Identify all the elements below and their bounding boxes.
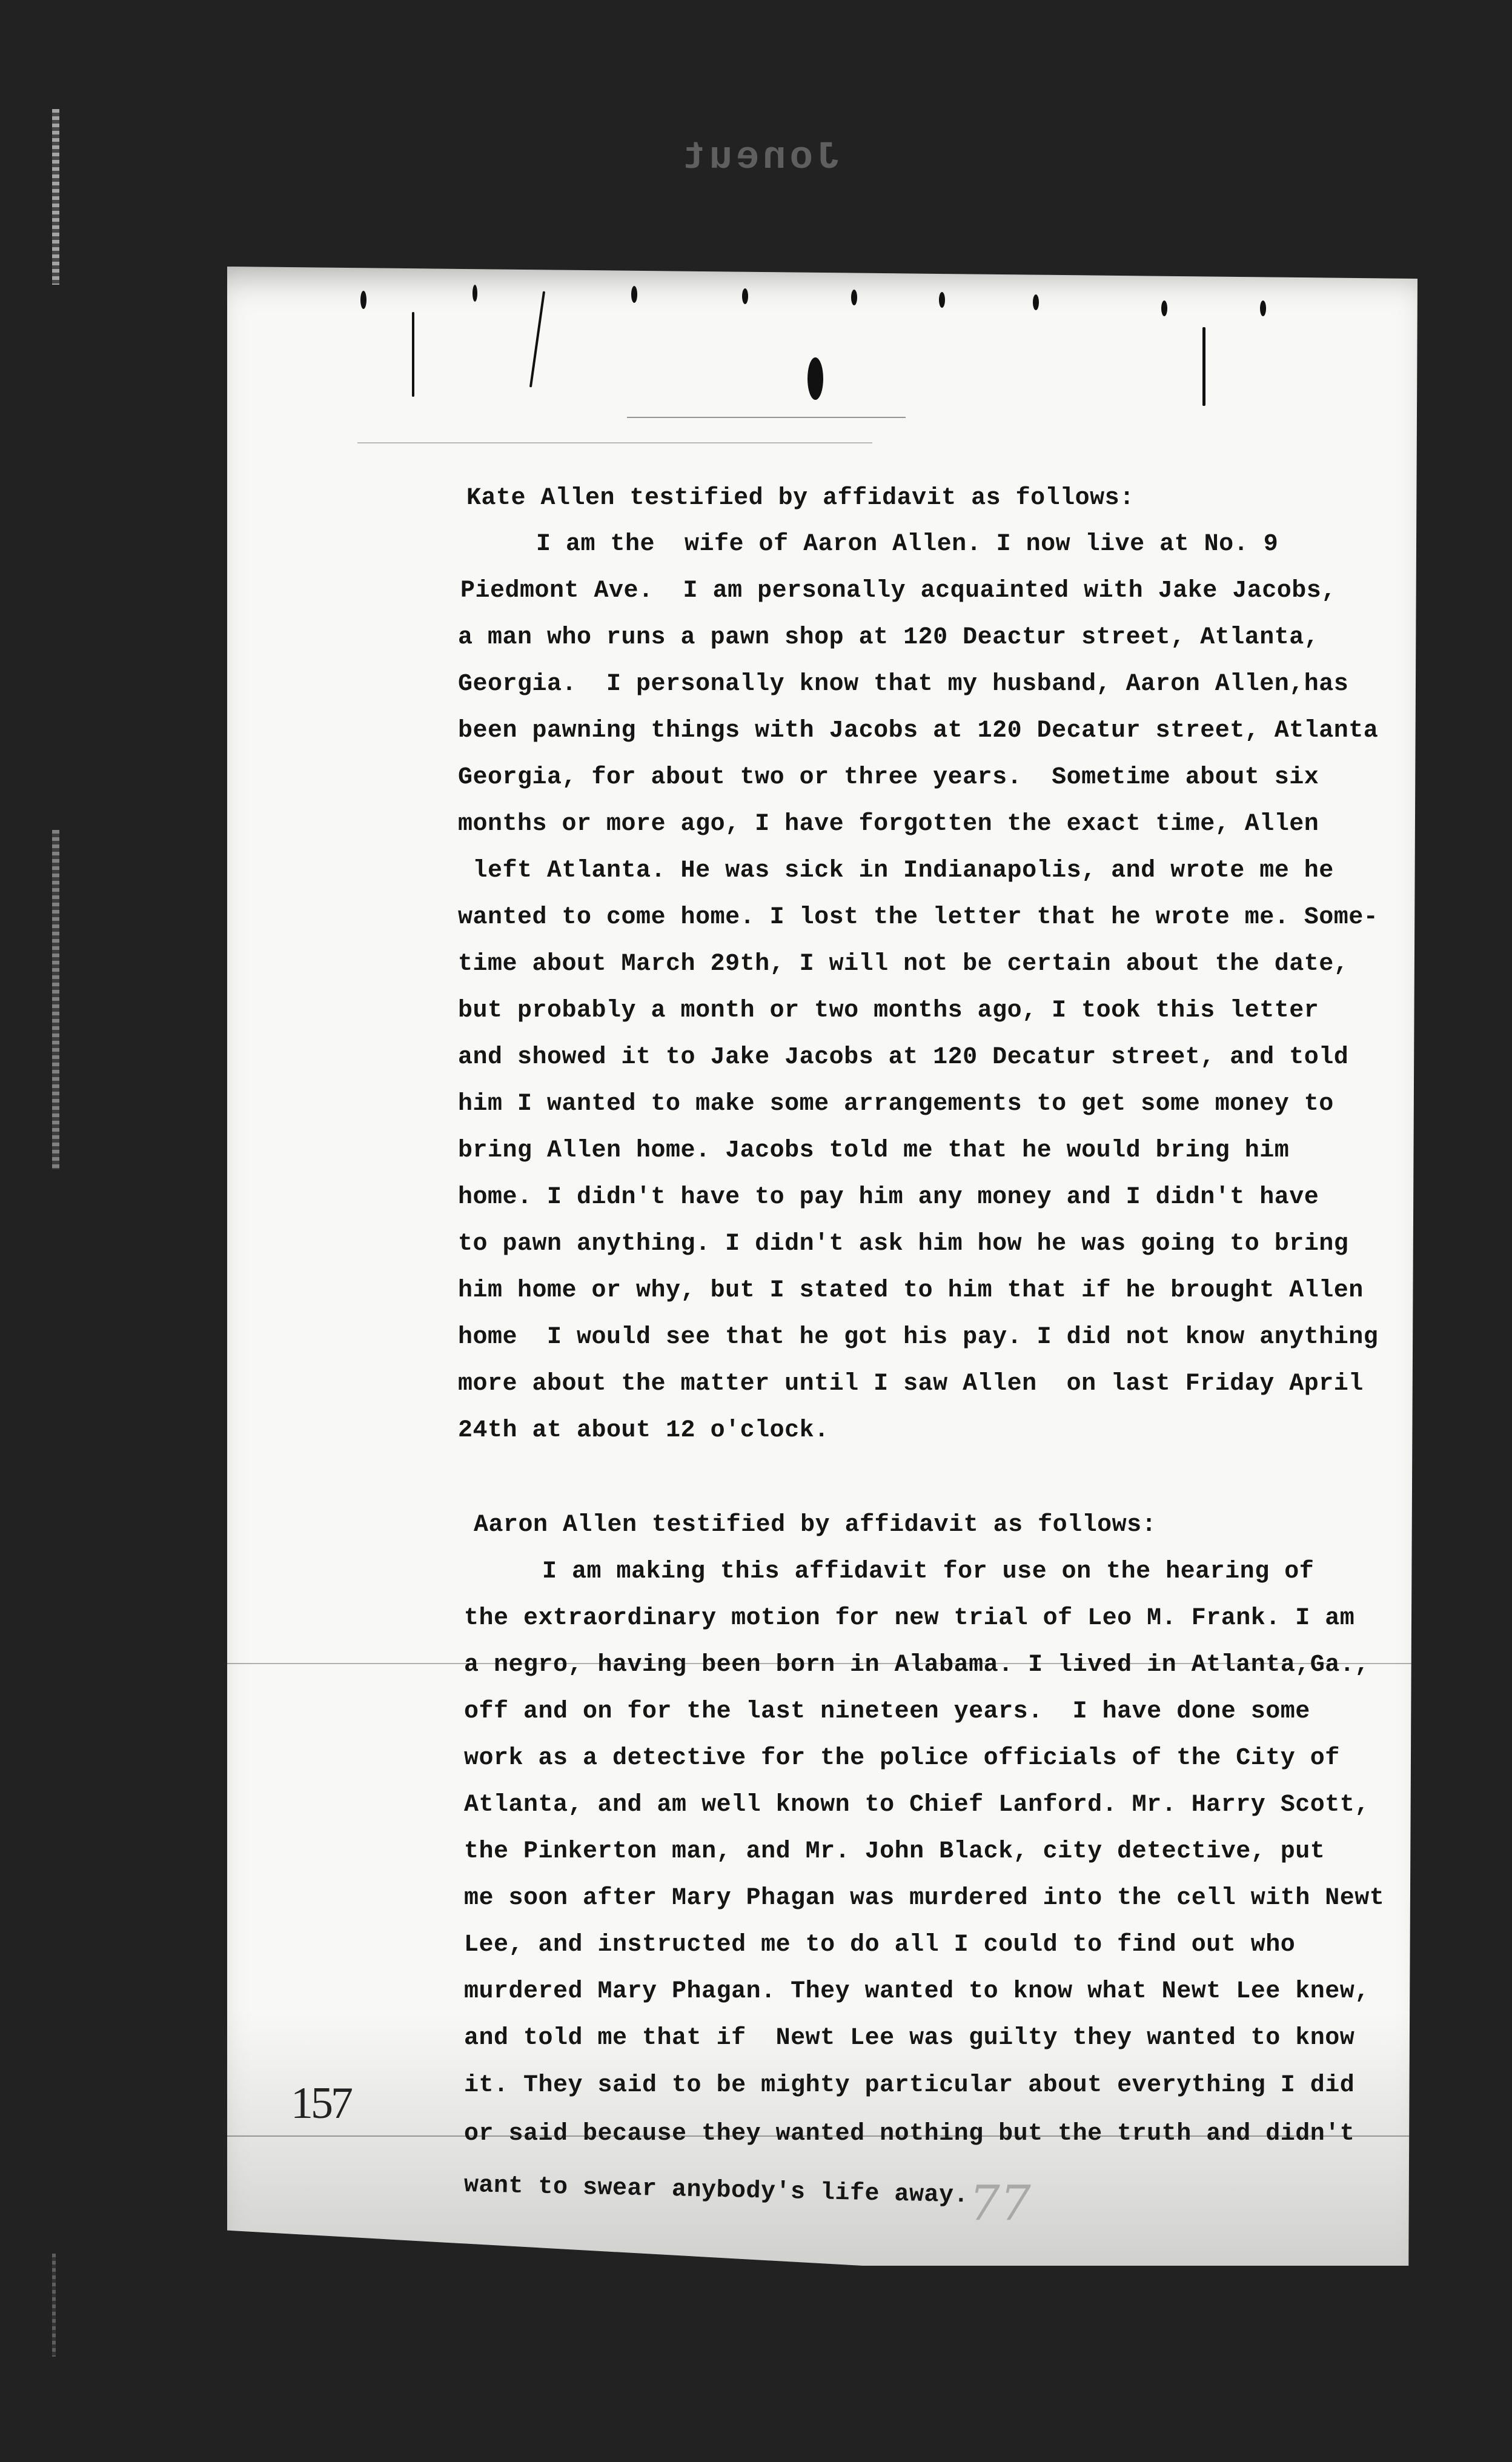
ink-speck [851,290,857,305]
text-line: me soon after Mary Phagan was murdered i… [464,1885,1384,1912]
text-line: Lee, and instructed me to do all I could… [464,1931,1295,1959]
decorative-rule [627,417,906,418]
text-line: the Pinkerton man, and Mr. John Black, c… [464,1838,1325,1865]
text-line: more about the matter until I saw Allen … [458,1370,1364,1398]
text-line: Georgia, for about two or three years. S… [458,764,1319,791]
ink-stroke [1202,327,1205,406]
text-line: bring Allen home. Jacobs told me that he… [458,1137,1289,1164]
text-line: or said because they wanted nothing but … [464,2120,1354,2148]
text-line: to pawn anything. I didn't ask him how h… [458,1230,1348,1258]
text-line: it. They said to be mighty particular ab… [464,2072,1354,2099]
text-line: off and on for the last nineteen years. … [464,1698,1310,1725]
film-edge-marks [52,2254,56,2357]
ink-blot [807,357,823,400]
section-heading: Aaron Allen testified by affidavit as fo… [474,1511,1156,1539]
ink-speck [939,292,945,308]
ink-stroke [529,291,545,388]
text-line: a man who runs a pawn shop at 120 Deactu… [458,624,1319,651]
text-line: home. I didn't have to pay him any money… [458,1184,1319,1211]
ink-speck [360,291,366,309]
ink-speck [472,285,477,302]
text-line: work as a detective for the police offic… [464,1745,1340,1772]
text-line: the extraordinary motion for new trial o… [464,1605,1354,1632]
text-line: but probably a month or two months ago, … [458,997,1319,1024]
text-line: him home or why, but I stated to him tha… [458,1277,1364,1304]
page-number: 157 [291,2078,351,2129]
text-line: 24th at about 12 o'clock. [458,1417,829,1444]
text-line: home I would see that he got his pay. I … [458,1324,1378,1351]
text-line: been pawning things with Jacobs at 120 D… [458,717,1378,745]
reel-label: Joneut [678,136,840,180]
text-line: and told me that if Newt Lee was guilty … [464,2025,1354,2052]
text-line: Piedmont Ave. I am personally acquainted… [460,577,1336,605]
film-edge-marks [52,830,59,1169]
text-line: left Atlanta. He was sick in Indianapoli… [458,857,1334,884]
text-line: a negro, having been born in Alabama. I … [464,1651,1370,1679]
ink-speck [631,286,637,303]
text-line: murdered Mary Phagan. They wanted to kno… [464,1978,1370,2005]
decorative-rule [357,442,872,443]
ink-speck [1033,294,1039,310]
text-line: Atlanta, and am well known to Chief Lanf… [464,1791,1370,1819]
ink-stroke [412,312,414,397]
text-line: him I wanted to make some arrangements t… [458,1090,1334,1118]
text-line: wanted to come home. I lost the letter t… [458,904,1378,931]
microfilm-frame: Joneut Kate Allen testified by affidavit… [0,0,1512,2462]
handwritten-mark: 77 [969,2175,1031,2231]
document-page [227,267,1417,2266]
text-line: Georgia. I personally know that my husba… [458,671,1348,698]
film-edge-marks [52,109,59,285]
ink-speck [1161,300,1167,316]
text-line: time about March 29th, I will not be cer… [458,951,1348,978]
text-line: and showed it to Jake Jacobs at 120 Deca… [458,1044,1348,1071]
ink-speck [1260,300,1266,316]
text-line: I am making this affidavit for use on th… [542,1558,1314,1585]
text-line: I am the wife of Aaron Allen. I now live… [536,531,1278,558]
section-heading: Kate Allen testified by affidavit as fol… [466,485,1135,512]
ink-speck [742,288,748,304]
text-line: months or more ago, I have forgotten the… [458,811,1319,838]
